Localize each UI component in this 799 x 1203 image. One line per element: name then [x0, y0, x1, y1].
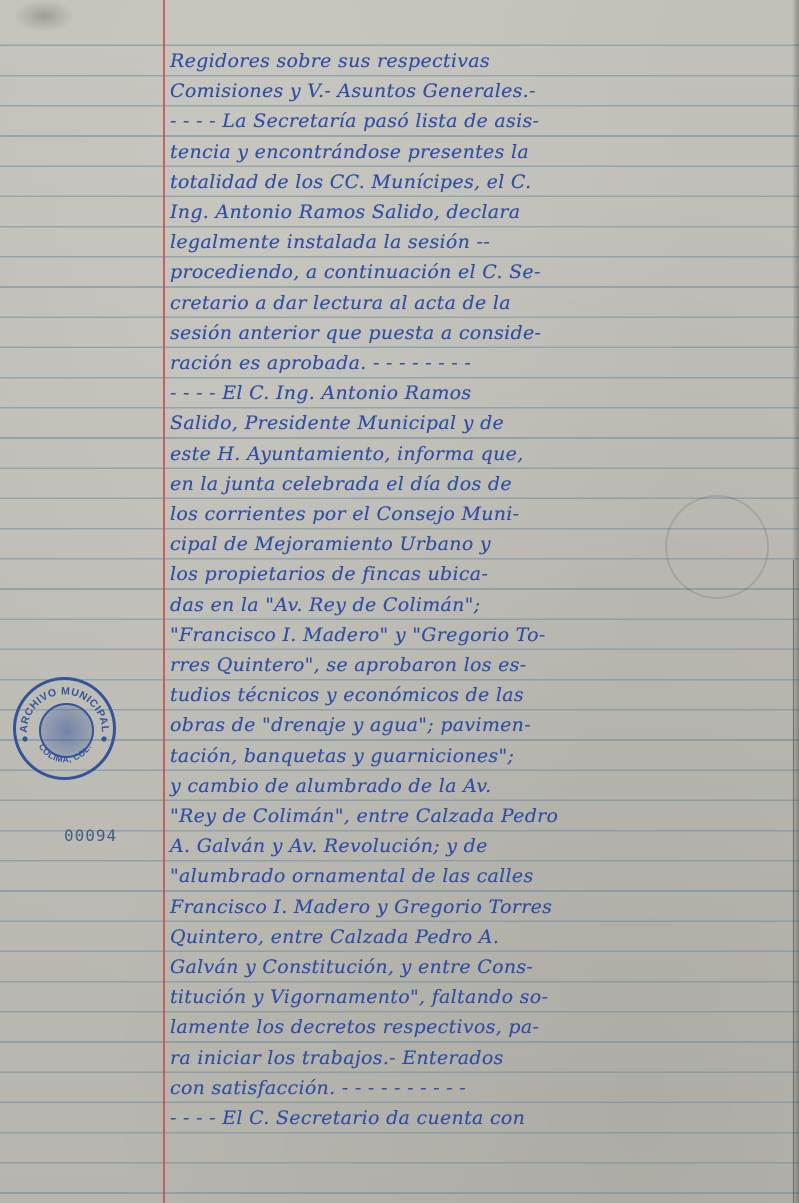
handwritten-line: ración es aprobada. - - - - - - - -: [170, 348, 471, 378]
handwritten-line: en la junta celebrada el día dos de: [170, 469, 512, 499]
handwritten-line: totalidad de los CC. Munícipes, el C.: [170, 167, 531, 197]
stamp-coat-of-arms-icon: [39, 703, 94, 758]
handwritten-line: este H. Ayuntamiento, informa que,: [170, 439, 524, 469]
handwritten-line: Quintero, entre Calzada Pedro A.: [170, 922, 499, 952]
handwritten-line: ra iniciar los trabajos.- Enterados: [170, 1043, 504, 1073]
handwritten-line: - - - - El C. Secretario da cuenta con: [170, 1103, 525, 1133]
faint-seal-mark: [665, 495, 769, 599]
handwritten-line: y cambio de alumbrado de la Av.: [170, 771, 491, 801]
handwritten-line: Regidores sobre sus respectivas: [170, 46, 490, 76]
handwritten-line: tudios técnicos y económicos de las: [170, 680, 524, 710]
handwritten-line: "Francisco I. Madero" y "Gregorio To-: [170, 620, 546, 650]
handwritten-line: procediendo, a continuación el C. Se-: [170, 257, 541, 287]
handwritten-line: "alumbrado ornamental de las calles: [170, 861, 534, 891]
handwritten-line: sesión anterior que puesta a conside-: [170, 318, 541, 348]
stamp-rosette-right-icon: [101, 736, 106, 741]
handwritten-line: obras de "drenaje y agua"; pavimen-: [170, 710, 531, 740]
handwritten-line: lamente los decretos respectivos, pa-: [170, 1012, 539, 1042]
handwritten-line: cipal de Mejoramiento Urbano y: [170, 529, 491, 559]
handwritten-line: Salido, Presidente Municipal y de: [170, 408, 504, 438]
page-edge-line: [793, 560, 794, 1203]
handwritten-line: das en la "Av. Rey de Colimán";: [170, 590, 480, 620]
document-page: Regidores sobre sus respectivasComisione…: [0, 0, 799, 1203]
handwritten-line: - - - - La Secretaría pasó lista de asis…: [170, 106, 539, 136]
handwritten-line: rres Quintero", se aprobaron los es-: [170, 650, 526, 680]
red-margin-line: [163, 0, 165, 1203]
handwritten-line: Francisco I. Madero y Gregorio Torres: [170, 892, 552, 922]
handwritten-line: Galván y Constitución, y entre Cons-: [170, 952, 533, 982]
handwritten-line: tencia y encontrándose presentes la: [170, 137, 529, 167]
handwritten-line: tación, banquetas y guarniciones";: [170, 741, 514, 771]
handwritten-line: - - - - El C. Ing. Antonio Ramos: [170, 378, 471, 408]
folio-number: 00094: [64, 826, 117, 845]
handwritten-line: legalmente instalada la sesión --: [170, 227, 490, 257]
handwritten-line: los propietarios de fincas ubica-: [170, 559, 488, 589]
handwritten-line: "Rey de Colimán", entre Calzada Pedro: [170, 801, 558, 831]
handwritten-line: los corrientes por el Consejo Muni-: [170, 499, 519, 529]
handwritten-line: Comisiones y V.- Asuntos Generales.-: [170, 76, 536, 106]
handwritten-line: A. Galván y Av. Revolución; y de: [170, 831, 488, 861]
handwritten-line: titución y Vigornamento", faltando so-: [170, 982, 548, 1012]
handwritten-line: cretario a dar lectura al acta de la: [170, 288, 511, 318]
stamp-rosette-left-icon: [22, 736, 27, 741]
archivo-municipal-stamp: ARCHIVO MUNICIPAL COLIMA, COL.: [13, 677, 116, 780]
handwritten-line: Ing. Antonio Ramos Salido, declara: [170, 197, 520, 227]
handwritten-line: con satisfacción. - - - - - - - - - -: [170, 1073, 466, 1103]
